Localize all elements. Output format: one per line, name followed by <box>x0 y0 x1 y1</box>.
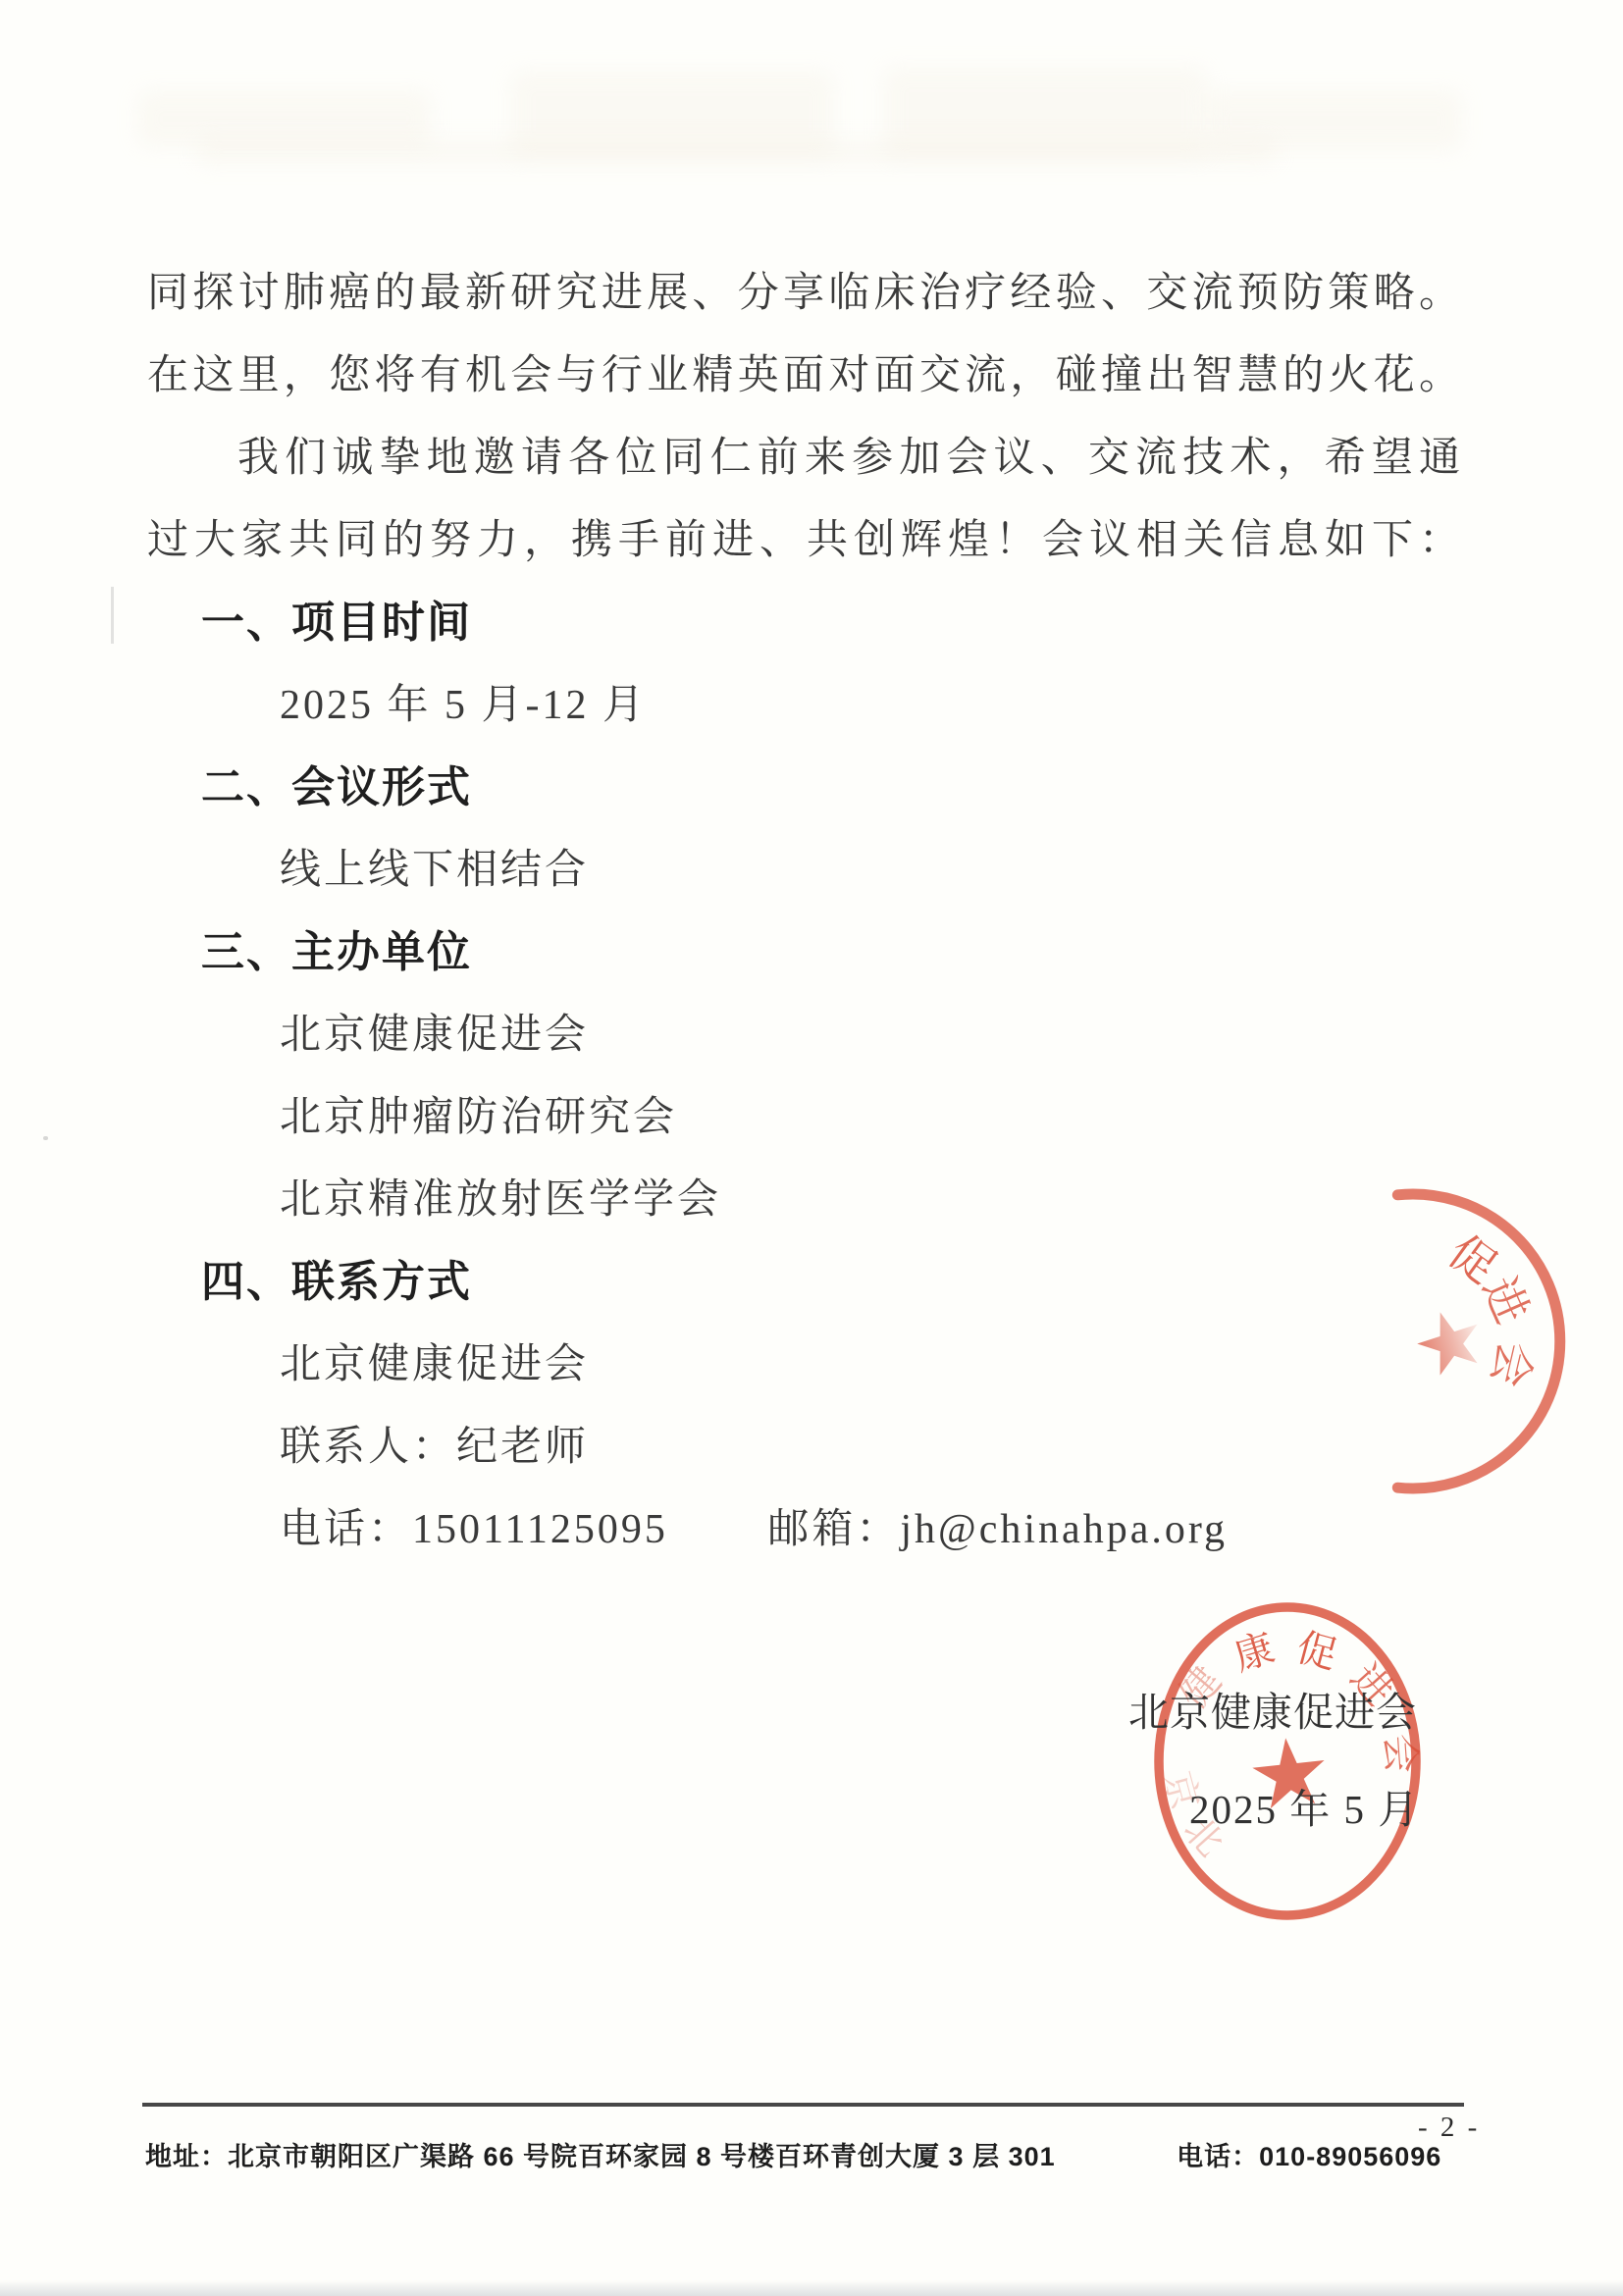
section-item-meeting-format: 线上线下相结合 <box>280 829 1462 912</box>
contact-email: 邮箱：jh@chinahpa.org <box>767 1488 1228 1571</box>
contact-phone: 电话：15011125095 <box>280 1507 668 1552</box>
letter-body: 同探讨肺癌的最新研究进展、分享临床治疗经验、交流预防策略。 在这里，您将有机会与… <box>147 252 1462 1571</box>
scan-edge <box>0 2280 1623 2296</box>
scan-ghost-mark <box>196 139 1276 165</box>
body-paragraph-line: 同探讨肺癌的最新研究进展、分享临床治疗经验、交流预防策略。 <box>147 252 1462 335</box>
signature-org: 北京健康促进会 <box>1128 1680 1420 1738</box>
section-item-contact-org: 北京健康促进会 <box>280 1324 1462 1406</box>
section-heading-meeting-format: 二、会议形式 <box>201 747 1462 829</box>
section-heading-contact: 四、联系方式 <box>201 1241 1462 1324</box>
body-paragraph-line: 过大家共同的努力，携手前进、共创辉煌！会议相关信息如下： <box>147 499 1462 582</box>
scan-artifact <box>111 587 114 644</box>
section-heading-organizers: 三、主办单位 <box>201 912 1462 994</box>
seal-char: 康 <box>1229 1626 1279 1680</box>
signature-block: 北京健康促进会 2025 年 5 月 <box>1128 1680 1420 1835</box>
body-paragraph-line: 在这里，您将有机会与行业精英面对面交流，碰撞出智慧的火花。 <box>147 335 1462 417</box>
document-page: 同探讨肺癌的最新研究进展、分享临床治疗经验、交流预防策略。 在这里，您将有机会与… <box>0 0 1623 2296</box>
footer-address: 地址：北京市朝阳区广渠路 66 号院百环家园 8 号楼百环青创大厦 3 层 30… <box>145 2142 1056 2171</box>
section-item-organizer: 北京精准放射医学学会 <box>280 1159 1462 1241</box>
section-heading-project-time: 一、项目时间 <box>201 582 1462 664</box>
seal-char: 促 <box>1292 1625 1341 1678</box>
section-item-project-time: 2025 年 5 月-12 月 <box>280 664 1462 747</box>
contact-phone-email-line: 电话：15011125095 邮箱：jh@chinahpa.org <box>280 1488 1462 1571</box>
section-item-organizer: 北京健康促进会 <box>280 994 1462 1076</box>
body-paragraph-line: 我们诚挚地邀请各位同仁前来参加会议、交流技术，希望通 <box>147 417 1462 499</box>
scan-artifact <box>43 1136 48 1140</box>
footer-phone: 电话：010-89056096 <box>1177 2135 1441 2173</box>
signature-date: 2025 年 5 月 <box>1189 1777 1420 1835</box>
page-number: - 2 - <box>1418 2112 1480 2144</box>
section-item-contact-person: 联系人：纪老师 <box>280 1406 1462 1488</box>
footer-divider <box>142 2103 1464 2107</box>
section-item-organizer: 北京肿瘤防治研究会 <box>280 1076 1462 1159</box>
footer: 地址：北京市朝阳区广渠路 66 号院百环家园 8 号楼百环青创大厦 3 层 30… <box>145 2135 1441 2173</box>
